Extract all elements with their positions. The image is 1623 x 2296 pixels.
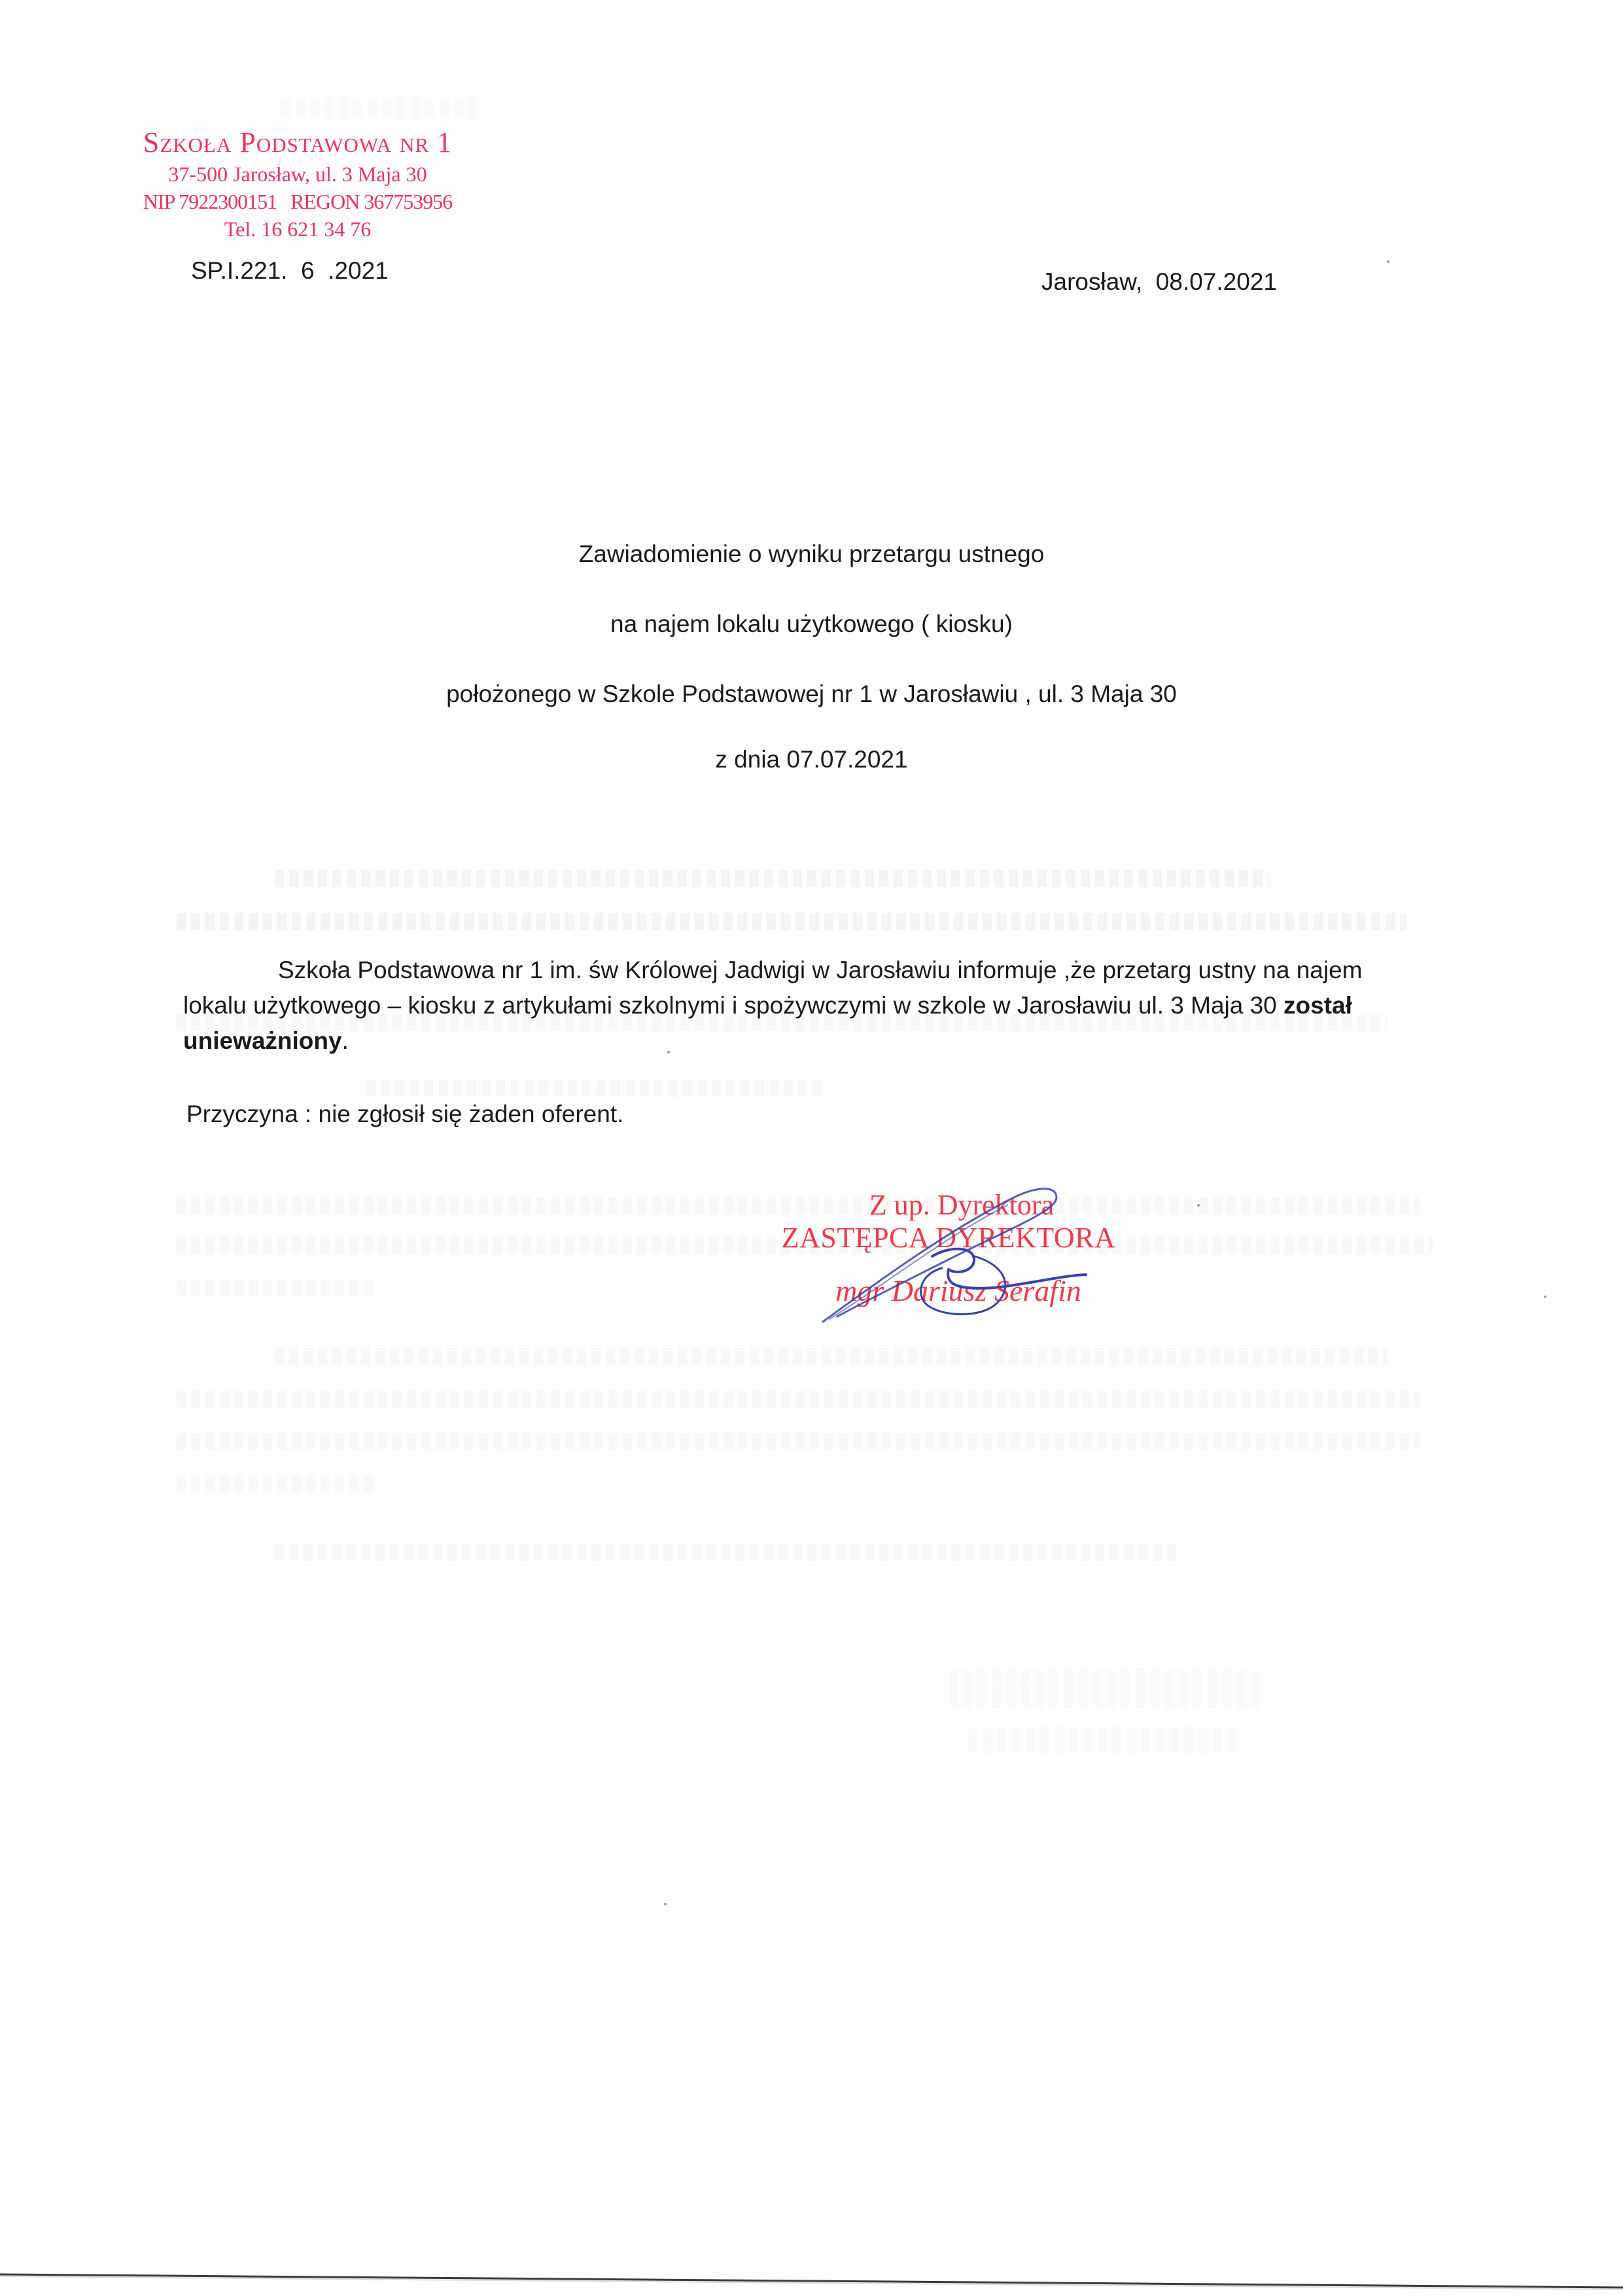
show-through-texture [177, 1475, 373, 1492]
signature-position: ZASTĘPCA DYREKTORA [759, 1224, 1138, 1252]
scan-speck [1544, 1296, 1546, 1298]
stamp-address: 37-500 Jarosław, ul. 3 Maja 30 [105, 164, 491, 185]
place-and-date: Jarosław, 08.07.2021 [1041, 268, 1277, 296]
title-line: Zawiadomienie o wyniku przetargu ustnego [0, 540, 1623, 568]
show-through-texture [275, 1348, 1387, 1365]
show-through-texture [275, 870, 1269, 887]
show-through-texture [177, 1433, 1420, 1450]
document-page: Szkoła Podstawowa nr 1 37-500 Jarosław, … [0, 0, 1623, 2296]
scan-speck [1387, 260, 1389, 263]
show-through-texture [366, 1080, 824, 1097]
notice-body: Szkoła Podstawowa nr 1 im. św Królowej J… [183, 953, 1426, 1059]
show-through-texture [275, 1544, 1178, 1561]
signature-stamp: Z up. Dyrektora ZASTĘPCA DYREKTORA mgr D… [759, 1191, 1138, 1306]
show-through-texture [281, 98, 478, 118]
stamp-school-name: Szkoła Podstawowa nr 1 [105, 128, 491, 157]
show-through-texture [968, 1727, 1243, 1754]
stamp-phone: Tel. 16 621 34 76 [105, 219, 491, 239]
title-line: z dnia 07.07.2021 [0, 746, 1623, 773]
title-line: na najem lokalu użytkowego ( kiosku) [0, 610, 1623, 638]
show-through-texture [177, 1279, 373, 1296]
scan-edge-line [0, 2270, 1623, 2296]
scan-speck [664, 1903, 667, 1905]
scan-speck [1197, 1204, 1200, 1207]
reference-number: SP.I.221. 6 .2021 [191, 257, 389, 285]
school-header-stamp: Szkoła Podstawowa nr 1 37-500 Jarosław, … [105, 128, 491, 246]
title-line: położonego w Szkole Podstawowej nr 1 w J… [0, 680, 1623, 708]
signature-authority: Z up. Dyrektora [759, 1191, 1138, 1220]
show-through-texture [949, 1669, 1263, 1708]
show-through-texture [177, 1390, 1420, 1407]
body-text: Szkoła Podstawowa nr 1 im. św Królowej J… [183, 957, 1362, 1019]
body-text-end: . [342, 1027, 349, 1054]
scan-speck [667, 1051, 670, 1053]
show-through-texture [177, 913, 1406, 930]
reason-line: Przyczyna : nie zgłosił się żaden oferen… [186, 1101, 623, 1128]
stamp-tax-ids: NIP 7922300151 REGON 367753956 [105, 191, 491, 212]
signature-name: mgr Dariusz Serafin [759, 1276, 1138, 1306]
